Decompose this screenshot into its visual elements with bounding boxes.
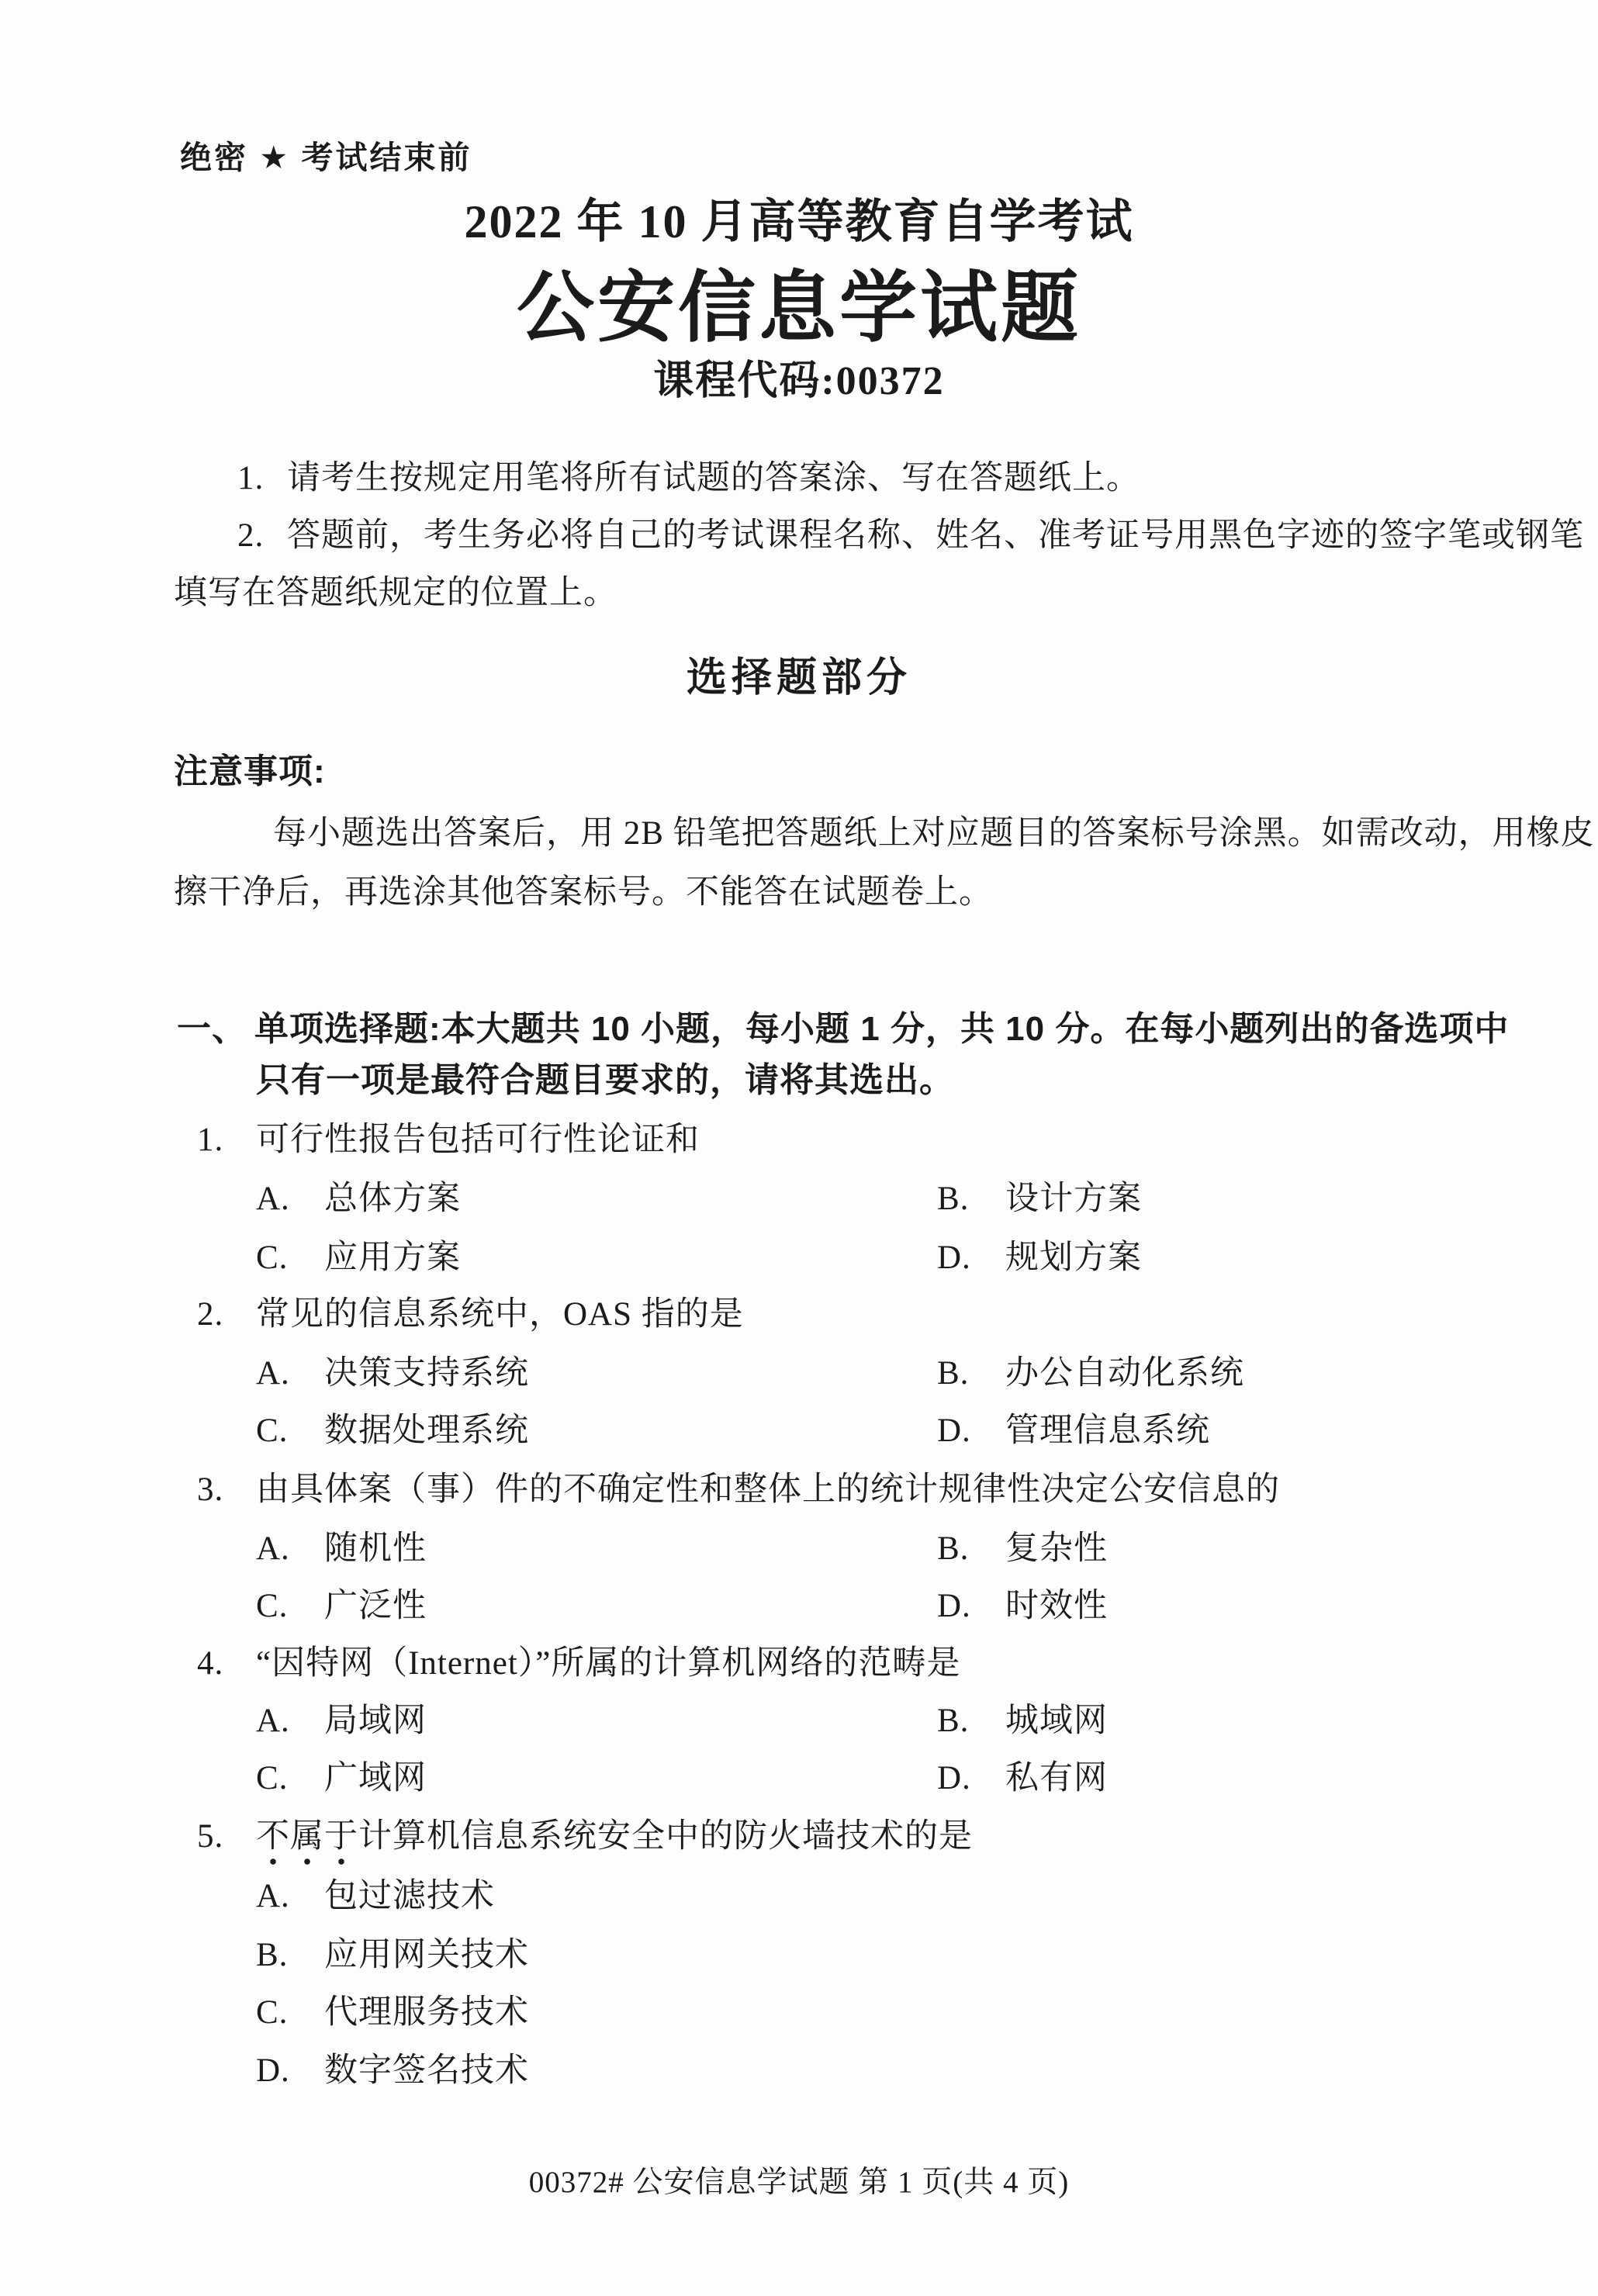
question-3-option-a-label: A.	[256, 1530, 324, 1568]
question-3-option-c: C.广泛性	[256, 1588, 427, 1624]
question-2-option-a-text: 决策支持系统	[324, 1355, 529, 1392]
notes-title: 注意事项:	[174, 752, 326, 792]
notice-item-1-number: 1.	[237, 459, 287, 497]
question-5-option-d-row: D.数字签名技术	[256, 2052, 1513, 2090]
question-1-option-c: C.应用方案	[256, 1240, 461, 1276]
question-1-option-d-text: 规划方案	[1005, 1240, 1142, 1276]
question-5-option-d-text: 数字签名技术	[324, 2052, 529, 2089]
question-1-option-a-text: 总体方案	[324, 1181, 461, 1217]
question-1-option-b-text: 设计方案	[1005, 1181, 1142, 1217]
question-2-option-d: D.管理信息系统	[937, 1412, 1210, 1450]
question-5-option-d: D.数字签名技术	[256, 2052, 529, 2089]
question-2-option-b-text: 办公自动化系统	[1005, 1355, 1244, 1392]
question-2-option-b-label: B.	[937, 1354, 1005, 1392]
multiple-choice-part-title: 选择题部分	[0, 655, 1598, 702]
question-2-option-c: C.数据处理系统	[256, 1413, 529, 1449]
question-4-options-row-ab: A.局域网 B.城域网	[256, 1702, 1513, 1740]
question-5-option-c: C.代理服务技术	[256, 1994, 529, 2031]
question-2-option-a-label: A.	[256, 1354, 324, 1392]
question-5: 5.不属于计算机信息系统安全中的防火墙技术的是	[197, 1817, 973, 1855]
question-1-option-c-text: 应用方案	[324, 1240, 461, 1276]
question-5-option-b: B.应用网关技术	[256, 1937, 529, 1973]
question-3-number: 3.	[197, 1471, 256, 1509]
question-5-option-a: A.包过滤技术	[256, 1878, 495, 1914]
question-4-option-d: D.私有网	[937, 1759, 1108, 1797]
section-1-heading-line-2: 只有一项是最符合题目要求的，请将其选出。	[256, 1061, 954, 1101]
exam-paper-page: 绝密 ★ 考试结束前 2022 年 10 月高等教育自学考试 公安信息学试题 课…	[0, 0, 1598, 2296]
notice-item-2-text: 答题前，考生务必将自己的考试课程名称、姓名、准考证号用黑色字迹的签字笔或钢笔	[287, 517, 1584, 554]
question-3-option-d: D.时效性	[937, 1587, 1108, 1625]
question-1-options-row-ab: A.总体方案 B.设计方案	[256, 1180, 1513, 1218]
question-1-option-a-label: A.	[256, 1180, 324, 1218]
question-1-option-d-label: D.	[937, 1239, 1005, 1277]
question-4-option-c: C.广域网	[256, 1760, 427, 1796]
question-1-options-row-cd: C.应用方案 D.规划方案	[256, 1239, 1513, 1277]
question-3: 3.由具体案（事）件的不确定性和整体上的统计规律性决定公安信息的	[197, 1471, 1280, 1509]
question-5-option-c-text: 代理服务技术	[324, 1994, 529, 2031]
question-4-option-b-label: B.	[937, 1702, 1005, 1740]
question-5-option-d-label: D.	[256, 2052, 324, 2090]
question-3-stem: 由具体案（事）件的不确定性和整体上的统计规律性决定公安信息的	[256, 1471, 1280, 1508]
section-1-heading-text: 单项选择题:本大题共 10 小题，每小题 1 分，共 10 分。在每小题列出的备…	[254, 1010, 1509, 1048]
notes-line-1: 每小题选出答案后，用 2B 铅笔把答题纸上对应题目的答案标号涂黑。如需改动，用橡…	[273, 814, 1595, 852]
question-4: 4.“因特网（Internet）”所属的计算机网络的范畴是	[197, 1644, 960, 1682]
question-5-number: 5.	[197, 1817, 256, 1855]
question-3-option-d-label: D.	[937, 1587, 1005, 1625]
question-3-options-row-cd: C.广泛性 D.时效性	[256, 1587, 1513, 1625]
question-1: 1.可行性报告包括可行性论证和	[197, 1121, 700, 1159]
question-1-stem: 可行性报告包括可行性论证和	[256, 1122, 700, 1158]
notice-item-2-number: 2.	[237, 517, 287, 555]
question-4-option-a: A.局域网	[256, 1703, 427, 1739]
notice-item-1-text: 请考生按规定用笔将所有试题的答案涂、写在答题纸上。	[287, 460, 1140, 496]
question-5-stem-rest: 计算机信息系统安全中的防火墙技术的是	[358, 1818, 973, 1855]
question-5-option-c-label: C.	[256, 1993, 324, 2031]
question-5-option-a-text: 包过滤技术	[324, 1878, 495, 1914]
question-1-option-d: D.规划方案	[937, 1239, 1142, 1277]
question-3-option-a-text: 随机性	[324, 1530, 427, 1567]
question-1-option-b-label: B.	[937, 1180, 1005, 1218]
question-1-option-c-label: C.	[256, 1239, 324, 1277]
question-5-option-c-row: C.代理服务技术	[256, 1993, 1513, 2031]
question-4-stem: “因特网（Internet）”所属的计算机网络的范畴是	[256, 1645, 960, 1682]
question-4-option-a-text: 局域网	[324, 1703, 427, 1739]
question-3-option-c-text: 广泛性	[324, 1588, 427, 1624]
question-5-option-a-label: A.	[256, 1877, 324, 1915]
question-3-option-d-text: 时效性	[1005, 1588, 1108, 1624]
question-4-option-b-text: 城域网	[1005, 1703, 1108, 1739]
question-2-stem: 常见的信息系统中，OAS 指的是	[256, 1296, 744, 1333]
course-code: 课程代码:00372	[0, 358, 1598, 405]
exam-subject-title: 公安信息学试题	[0, 264, 1598, 353]
page-footer: 00372# 公安信息学试题 第 1 页(共 4 页)	[0, 2166, 1598, 2201]
question-3-option-b: B.复杂性	[937, 1530, 1108, 1568]
question-4-options-row-cd: C.广域网 D.私有网	[256, 1759, 1513, 1797]
question-2-option-b: B.办公自动化系统	[937, 1354, 1244, 1392]
question-2-option-d-text: 管理信息系统	[1005, 1413, 1210, 1449]
question-3-options-row-ab: A.随机性 B.复杂性	[256, 1530, 1513, 1568]
notice-item-2-continuation: 填写在答题纸规定的位置上。	[174, 574, 617, 612]
question-2-option-c-label: C.	[256, 1412, 324, 1450]
question-2-options-row-cd: C.数据处理系统 D.管理信息系统	[256, 1412, 1513, 1450]
question-3-option-c-label: C.	[256, 1587, 324, 1625]
question-2: 2.常见的信息系统中，OAS 指的是	[197, 1295, 744, 1333]
question-4-option-c-label: C.	[256, 1759, 324, 1797]
question-4-number: 4.	[197, 1644, 256, 1682]
question-2-number: 2.	[197, 1295, 256, 1333]
question-1-option-b: B.设计方案	[937, 1180, 1142, 1218]
question-5-stem-emphasized: 不属于	[256, 1818, 358, 1869]
question-2-option-d-label: D.	[937, 1412, 1005, 1450]
question-5-option-b-label: B.	[256, 1936, 324, 1974]
question-2-option-a: A.决策支持系统	[256, 1355, 529, 1392]
notice-item-1: 1.请考生按规定用笔将所有试题的答案涂、写在答题纸上。	[237, 459, 1140, 497]
security-classification-label: 绝密 ★ 考试结束前	[180, 140, 472, 176]
question-4-option-d-text: 私有网	[1005, 1760, 1108, 1796]
question-5-option-a-row: A.包过滤技术	[256, 1877, 1513, 1915]
notes-line-2: 擦干净后，再选涂其他答案标号。不能答在试题卷上。	[174, 873, 993, 911]
question-1-option-a: A.总体方案	[256, 1181, 461, 1217]
question-3-option-a: A.随机性	[256, 1530, 427, 1567]
question-4-option-b: B.城域网	[937, 1702, 1108, 1740]
notice-item-2: 2.答题前，考生务必将自己的考试课程名称、姓名、准考证号用黑色字迹的签字笔或钢笔	[237, 517, 1584, 555]
question-4-option-d-label: D.	[937, 1759, 1005, 1797]
question-2-option-c-text: 数据处理系统	[324, 1413, 529, 1449]
question-2-options-row-ab: A.决策支持系统 B.办公自动化系统	[256, 1354, 1513, 1392]
question-5-option-b-text: 应用网关技术	[324, 1937, 529, 1973]
section-1-number: 一、	[177, 1010, 254, 1049]
question-4-option-c-text: 广域网	[324, 1760, 427, 1796]
question-3-option-b-text: 复杂性	[1005, 1530, 1108, 1567]
exam-session-title: 2022 年 10 月高等教育自学考试	[0, 195, 1598, 249]
question-4-option-a-label: A.	[256, 1702, 324, 1740]
section-1-heading-line-1: 一、单项选择题:本大题共 10 小题，每小题 1 分，共 10 分。在每小题列出…	[177, 1010, 1509, 1049]
question-1-number: 1.	[197, 1121, 256, 1159]
question-3-option-b-label: B.	[937, 1530, 1005, 1568]
question-5-option-b-row: B.应用网关技术	[256, 1936, 1513, 1974]
